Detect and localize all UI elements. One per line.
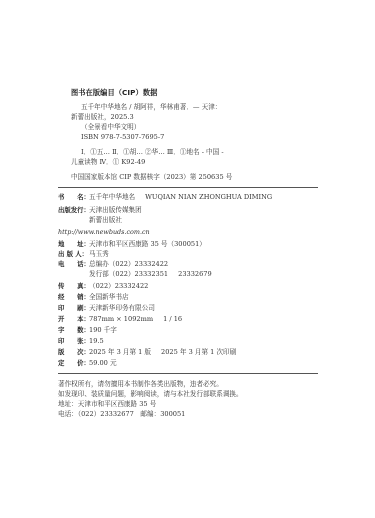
value-price: 59.00 元	[89, 359, 117, 367]
label-format: 开 本：	[58, 315, 89, 323]
cip-line-series: （全景看中华文明）	[81, 123, 140, 131]
value-printer: 天津新华印务有限公司	[89, 304, 155, 312]
title-chinese: 五千年中华地名	[89, 193, 135, 201]
divider-bottom	[58, 373, 318, 374]
info-row-publisher-2: 新蕾出版社	[58, 216, 122, 224]
label-sheets: 印 张：	[58, 337, 89, 345]
info-row-printer: 印 刷： 天津新华印务有限公司	[58, 304, 155, 312]
value-publisher-person: 马玉秀	[89, 250, 109, 258]
info-row-publisher-person: 出 版 人： 马玉秀	[58, 250, 109, 258]
value-word-count: 190 千字	[89, 326, 117, 334]
copyright-notice: 著作权所有，请勿擅用本书制作各类出版物，违者必究。	[58, 380, 223, 388]
website-link[interactable]: http://www.newbuds.com.cn	[58, 228, 150, 236]
value-publisher-group: 天津出版传媒集团	[89, 206, 142, 214]
copyright-page: 图书在版编目（CIP）数据 五千年中华地名 / 胡阿祥，华林甫著．— 天津： 新…	[0, 0, 375, 518]
label-spacer	[58, 270, 89, 278]
cip-line-title: 五千年中华地名 / 胡阿祥，华林甫著．— 天津：	[81, 103, 221, 111]
edition-version: 2025 年 3 月第 1 版	[89, 348, 151, 356]
label-price: 定 价：	[58, 359, 89, 367]
cip-heading: 图书在版编目（CIP）数据	[71, 88, 157, 98]
label-distributor: 经 销：	[58, 293, 89, 301]
label-publisher: 出版发行：	[58, 206, 89, 214]
label-edition: 版 次：	[58, 348, 89, 356]
info-row-publisher: 出版发行： 天津出版传媒集团	[58, 206, 142, 214]
cip-line-classification-cont: 儿童读物 Ⅳ．① K92-49	[71, 158, 145, 166]
value-phone-distribution: 发行部（022）2333235123332679	[89, 270, 212, 278]
info-row-price: 定 价： 59.00 元	[58, 359, 117, 367]
info-row-distributor: 经 销： 全国新华书店	[58, 293, 129, 301]
footer-address: 地址：天津市和平区西康路 35 号	[58, 400, 156, 408]
divider-top	[58, 187, 318, 188]
quality-notice: 如发现印、装质量问题，影响阅读，请与本社发行部联系调换。	[58, 390, 243, 398]
cip-line-isbn: ISBN 978-7-5307-7695-7	[81, 133, 164, 141]
value-address: 天津市和平区西康路 35 号（300051）	[89, 240, 206, 248]
label-title: 书 名：	[58, 193, 89, 201]
info-row-word-count: 字 数： 190 千字	[58, 326, 117, 334]
value-publisher-house: 新蕾出版社	[89, 216, 122, 224]
value-format: 787mm × 1092mm1 / 16	[89, 315, 182, 323]
info-row-phone-2: 发行部（022）2333235123332679	[58, 270, 212, 278]
label-spacer	[58, 216, 89, 224]
phone-distribution-2: 23332679	[178, 270, 212, 278]
label-publisher-person: 出 版 人：	[58, 250, 89, 258]
format-fold: 1 / 16	[163, 315, 182, 323]
info-row-sheets: 印 张： 19.5	[58, 337, 104, 345]
cip-line-classification: Ⅰ．①五… Ⅱ．①胡… ②华… Ⅲ．①地名 - 中国 -	[81, 148, 224, 156]
info-row-address: 地 址： 天津市和平区西康路 35 号（300051）	[58, 240, 206, 248]
edition-printing: 2025 年 3 月第 1 次印刷	[161, 348, 236, 356]
cip-line-record-number: 中国国家版本馆 CIP 数据核字（2023）第 250635 号	[71, 173, 232, 181]
value-edition: 2025 年 3 月第 1 版2025 年 3 月第 1 次印刷	[89, 348, 236, 356]
cip-line-publisher: 新蕾出版社，2025.3	[71, 113, 134, 121]
value-sheets: 19.5	[89, 337, 104, 345]
format-size: 787mm × 1092mm	[89, 315, 153, 323]
value-title: 五千年中华地名WUQIAN NIAN ZHONGHUA DIMING	[89, 193, 272, 201]
info-row-edition: 版 次： 2025 年 3 月第 1 版2025 年 3 月第 1 次印刷	[58, 348, 236, 356]
info-row-format: 开 本： 787mm × 1092mm1 / 16	[58, 315, 182, 323]
footer-contact: 电话：（022）23332677 邮编：300051	[58, 410, 185, 418]
label-address: 地 址：	[58, 240, 89, 248]
info-row-phone: 电 话： 总编办（022）23332422	[58, 260, 168, 268]
title-pinyin: WUQIAN NIAN ZHONGHUA DIMING	[145, 193, 272, 201]
label-phone: 电 话：	[58, 260, 89, 268]
label-word-count: 字 数：	[58, 326, 89, 334]
value-phone-editorial: 总编办（022）23332422	[89, 260, 168, 268]
label-printer: 印 刷：	[58, 304, 89, 312]
phone-distribution-1: 发行部（022）23332351	[89, 270, 168, 278]
info-row-fax: 传 真： （022）23332422	[58, 282, 148, 290]
info-row-title: 书 名： 五千年中华地名WUQIAN NIAN ZHONGHUA DIMING	[58, 193, 272, 201]
label-fax: 传 真：	[58, 282, 89, 290]
value-distributor: 全国新华书店	[89, 293, 129, 301]
value-fax: （022）23332422	[89, 282, 148, 290]
